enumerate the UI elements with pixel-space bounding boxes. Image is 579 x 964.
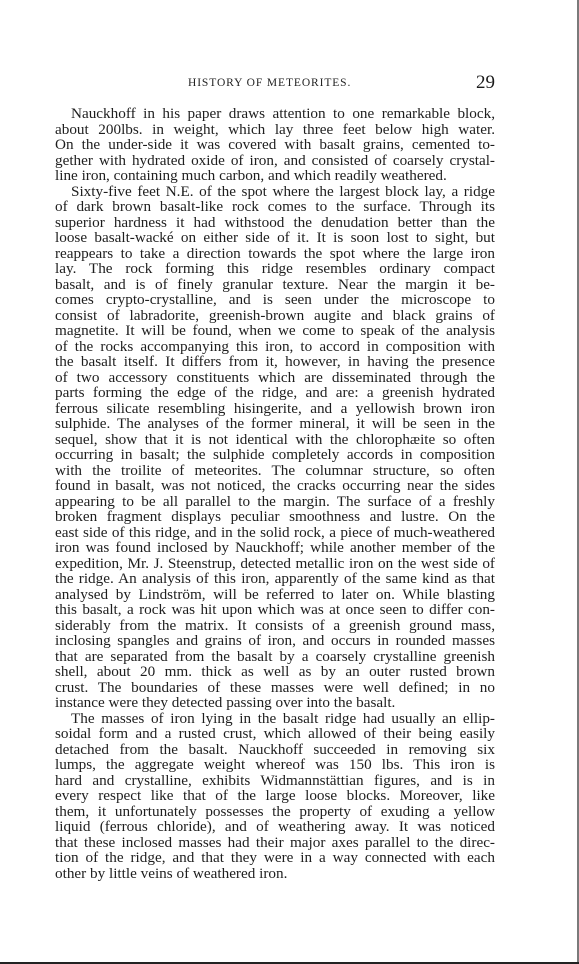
paragraph-3: The masses of iron lying in the basalt r… [55, 711, 495, 882]
text-line: found in basalt, was not noticed, the cr… [55, 478, 495, 494]
text-line: detached from the basalt. Nauckhoff succ… [55, 742, 495, 758]
text-line: of two accessory constituents which are … [55, 370, 495, 386]
text-line: occurring in basalt; the sulphide comple… [55, 447, 495, 463]
text-line: magnetite. It will be found, when we com… [55, 323, 495, 339]
text-line: the ridge. An analysis of this iron, app… [55, 571, 495, 587]
paragraph-1: Nauckhoff in his paper draws attention t… [55, 106, 495, 184]
text-line: inclosing spangles and grains of iron, a… [55, 633, 495, 649]
text-line: hard and crystalline, exhibits Widmannst… [55, 773, 495, 789]
text-line: Nauckhoff in his paper draws attention t… [55, 106, 495, 122]
text-line: comes crypto-crystalline, and is seen un… [55, 292, 495, 308]
text-line: The masses of iron lying in the basalt r… [55, 711, 495, 727]
text-line: consist of labradorite, greenish-brown a… [55, 308, 495, 324]
text-line: shell, about 20 mm. thick as well as by … [55, 664, 495, 680]
text-line: siderably from the matrix. It consists o… [55, 618, 495, 634]
text-line: sequel, show that it is not identical wi… [55, 432, 495, 448]
text-line: instance were they detected passing over… [55, 695, 495, 711]
text-line: reappears to take a direction towards th… [55, 246, 495, 262]
text-line: liquid (ferrous chloride), and of weathe… [55, 819, 495, 835]
text-line: every respect like that of the large loo… [55, 788, 495, 804]
book-page: HISTORY OF METEORITES. 29 Nauckhoff in h… [0, 0, 579, 964]
text-line: with the troilite of meteorites. The col… [55, 463, 495, 479]
text-line: that these inclosed masses had their maj… [55, 835, 495, 851]
text-line: crust. The boundaries of these masses we… [55, 680, 495, 696]
page-number: 29 [476, 72, 495, 94]
text-line: of dark brown basalt-like rock comes to … [55, 199, 495, 215]
text-line: iron was found inclosed by Nauckhoff; wh… [55, 540, 495, 556]
text-line: them, it unfortunately possesses the pro… [55, 804, 495, 820]
paragraph-2: Sixty-five feet N.E. of the spot where t… [55, 184, 495, 711]
text-line: lumps, the aggregate weight whereof was … [55, 757, 495, 773]
running-title: HISTORY OF METEORITES. [188, 77, 351, 89]
text-line: basalt, and is of finely granular textur… [55, 277, 495, 293]
text-line: this basalt, a rock was hit upon which w… [55, 602, 495, 618]
text-line: that are separated from the basalt by a … [55, 649, 495, 665]
text-line: Sixty-five feet N.E. of the spot where t… [55, 184, 495, 200]
text-line: loose basalt-wacké on either side of it.… [55, 230, 495, 246]
text-line: about 200lbs. in weight, which lay three… [55, 122, 495, 138]
text-line: other by little veins of weathered iron. [55, 866, 495, 882]
text-line: analysed by Lindström, will be referred … [55, 587, 495, 603]
text-line: expedition, Mr. J. Steenstrup, detected … [55, 556, 495, 572]
text-line: broken fragment displays peculiar smooth… [55, 509, 495, 525]
text-line: tion of the ridge, and that they were in… [55, 850, 495, 866]
text-line: east side of this ridge, and in the soli… [55, 525, 495, 541]
text-line: parts forming the edge of the ridge, and… [55, 385, 495, 401]
text-line: superior hardness it had withstood the d… [55, 215, 495, 231]
text-line: line iron, containing much carbon, and w… [55, 168, 495, 184]
text-line: of the rocks accompanying this iron, to … [55, 339, 495, 355]
text-line: the basalt itself. It differs from it, h… [55, 354, 495, 370]
text-line: sulphide. The analyses of the former min… [55, 416, 495, 432]
text-line: appearing to be all parallel to the marg… [55, 494, 495, 510]
running-head: HISTORY OF METEORITES. 29 [55, 74, 495, 92]
text-line: soidal form and a rusted crust, which al… [55, 726, 495, 742]
text-line: gether with hydrated oxide of iron, and … [55, 153, 495, 169]
text-line: On the under-side it was covered with ba… [55, 137, 495, 153]
text-line: ferrous silicate resembling hisingerite,… [55, 401, 495, 417]
body-text: Nauckhoff in his paper draws attention t… [55, 106, 495, 881]
text-line: lay. The rock forming this ridge resembl… [55, 261, 495, 277]
